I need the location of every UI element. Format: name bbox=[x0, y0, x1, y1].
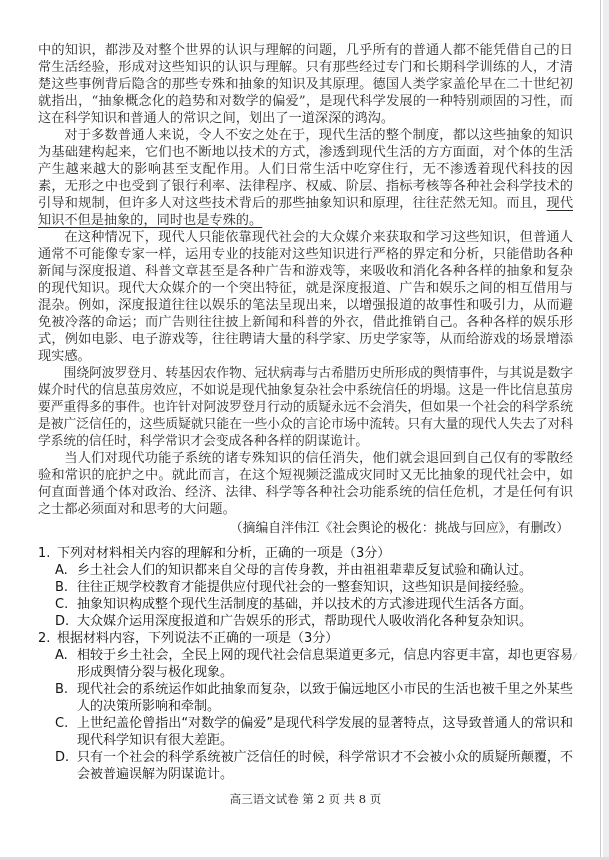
source-attribution: （摘编自泮伟江《社会舆论的极化：挑战与回应》，有删改） bbox=[38, 520, 569, 537]
exam-page: 中的知识，都涉及对整个世界的认识与理解的问题，几乎所有的普通人都不能凭借自己的日… bbox=[0, 0, 609, 860]
paragraph-text: 当人们对现代功能子系统的诸专殊知识的信任消失，他们就会退回到自己仅有的零散经验和… bbox=[38, 451, 573, 517]
reading-passage: 中的知识，都涉及对整个世界的认识与理解的问题，几乎所有的普通人都不能凭借自己的日… bbox=[38, 42, 573, 537]
option-label: D. bbox=[55, 749, 77, 783]
question-number: 1. bbox=[38, 545, 57, 562]
option-text: 抽象知识构成整个现代生活制度的基础，并以技术的方式渗进现代生活各方面。 bbox=[77, 596, 573, 613]
article-paragraph-3: 在这种情况下，现代人只能依靠现代社会的大众媒介来获取和学习这些知识，但普通人通常… bbox=[38, 229, 573, 365]
option-text: 大众媒介运用深度报道和广告娱乐的形式，帮助现代人吸收消化各种复杂知识。 bbox=[77, 613, 573, 630]
question-2: 2. 根据材料内容，下列说法不正确的一项是（3分） A. 相较于乡土社会，全民上… bbox=[38, 630, 573, 783]
questions-section: 1. 下列对材料相关内容的理解和分析，正确的一项是（3分） A. 乡土社会人们的… bbox=[38, 545, 573, 783]
article-paragraph-1: 中的知识，都涉及对整个世界的认识与理解的问题，几乎所有的普通人都不能凭借自己的日… bbox=[38, 42, 573, 127]
option-label: A. bbox=[55, 562, 77, 579]
option-text: 相较于乡土社会，全民上网的现代社会信息渠道更多元，信息内容更丰富，却也更容易形成… bbox=[77, 647, 573, 681]
option-label: C. bbox=[55, 715, 77, 749]
page-footer: 高三语文试卷 第 2 页 共 8 页 bbox=[38, 791, 573, 807]
paragraph-text: 中的知识，都涉及对整个世界的认识与理解的问题，几乎所有的普通人都不能凭借自己的日… bbox=[38, 43, 573, 126]
question-2-option-b: B. 现代社会的系统运作如此抽象而复杂，以致于偏远地区小市民的生活也被千里之外某… bbox=[38, 681, 573, 715]
question-2-stem: 2. 根据材料内容，下列说法不正确的一项是（3分） bbox=[38, 630, 573, 647]
question-number: 2. bbox=[38, 630, 57, 647]
article-paragraph-4: 围绕阿波罗登月、转基因农作物、冠状病毒与古希腊历史所形成的舆情事件，与其说是数字… bbox=[38, 365, 573, 450]
question-1-option-a: A. 乡土社会人们的知识都来自父母的言传身教，并由祖祖辈辈反复试验和确认过。 bbox=[38, 562, 573, 579]
option-text: 往往正规学校教育才能提供应付现代社会的一整套知识，这些知识是间接经验。 bbox=[77, 579, 573, 596]
question-stem-text: 下列对材料相关内容的理解和分析，正确的一项是（3分） bbox=[57, 545, 573, 562]
question-1: 1. 下列对材料相关内容的理解和分析，正确的一项是（3分） A. 乡土社会人们的… bbox=[38, 545, 573, 630]
option-text: 乡土社会人们的知识都来自父母的言传身教，并由祖祖辈辈反复试验和确认过。 bbox=[77, 562, 573, 579]
scan-edge-right-line bbox=[600, 0, 601, 860]
question-1-option-b: B. 往往正规学校教育才能提供应付现代社会的一整套知识，这些知识是间接经验。 bbox=[38, 579, 573, 596]
paragraph-text: 对于多数普通人来说，令人不安之处在于，现代生活的整个制度，都以这些抽象的知识为基… bbox=[38, 128, 573, 211]
option-label: A. bbox=[55, 647, 77, 681]
scan-edge-right-band bbox=[603, 0, 609, 860]
option-label: D. bbox=[55, 613, 77, 630]
question-2-option-c: C. 上世纪盖伦曾指出“对数学的偏爱”是现代科学发展的显著特点，这导致普通人的常… bbox=[38, 715, 573, 749]
question-1-stem: 1. 下列对材料相关内容的理解和分析，正确的一项是（3分） bbox=[38, 545, 573, 562]
question-2-option-d: D. 只有一个社会的科学系统被广泛信任的时候，科学常识才不会被小众的质疑所颠覆，… bbox=[38, 749, 573, 783]
option-label: B. bbox=[55, 681, 77, 715]
paragraph-text: 围绕阿波罗登月、转基因农作物、冠状病毒与古希腊历史所形成的舆情事件，与其说是数字… bbox=[38, 366, 573, 449]
question-stem-text: 根据材料内容，下列说法不正确的一项是（3分） bbox=[57, 630, 573, 647]
question-1-option-c: C. 抽象知识构成整个现代生活制度的基础，并以技术的方式渗进现代生活各方面。 bbox=[38, 596, 573, 613]
option-text: 现代社会的系统运作如此抽象而复杂，以致于偏远地区小市民的生活也被千里之外某些人的… bbox=[77, 681, 573, 715]
option-text: 只有一个社会的科学系统被广泛信任的时候，科学常识才不会被小众的质疑所颠覆，不会被… bbox=[77, 749, 573, 783]
option-label: C. bbox=[55, 596, 77, 613]
option-label: B. bbox=[55, 579, 77, 596]
question-2-option-a: A. 相较于乡土社会，全民上网的现代社会信息渠道更多元，信息内容更丰富，却也更容… bbox=[38, 647, 573, 681]
paragraph-text: 在这种情况下，现代人只能依靠现代社会的大众媒介来获取和学习这些知识，但普通人通常… bbox=[38, 230, 573, 364]
article-paragraph-2: 对于多数普通人来说，令人不安之处在于，现代生活的整个制度，都以这些抽象的知识为基… bbox=[38, 127, 573, 229]
question-1-option-d: D. 大众媒介运用深度报道和广告娱乐的形式，帮助现代人吸收消化各种复杂知识。 bbox=[38, 613, 573, 630]
article-paragraph-5: 当人们对现代功能子系统的诸专殊知识的信任消失，他们就会退回到自己仅有的零散经验和… bbox=[38, 450, 573, 518]
option-text: 上世纪盖伦曾指出“对数学的偏爱”是现代科学发展的显著特点，这导致普通人的常识和现… bbox=[77, 715, 573, 749]
